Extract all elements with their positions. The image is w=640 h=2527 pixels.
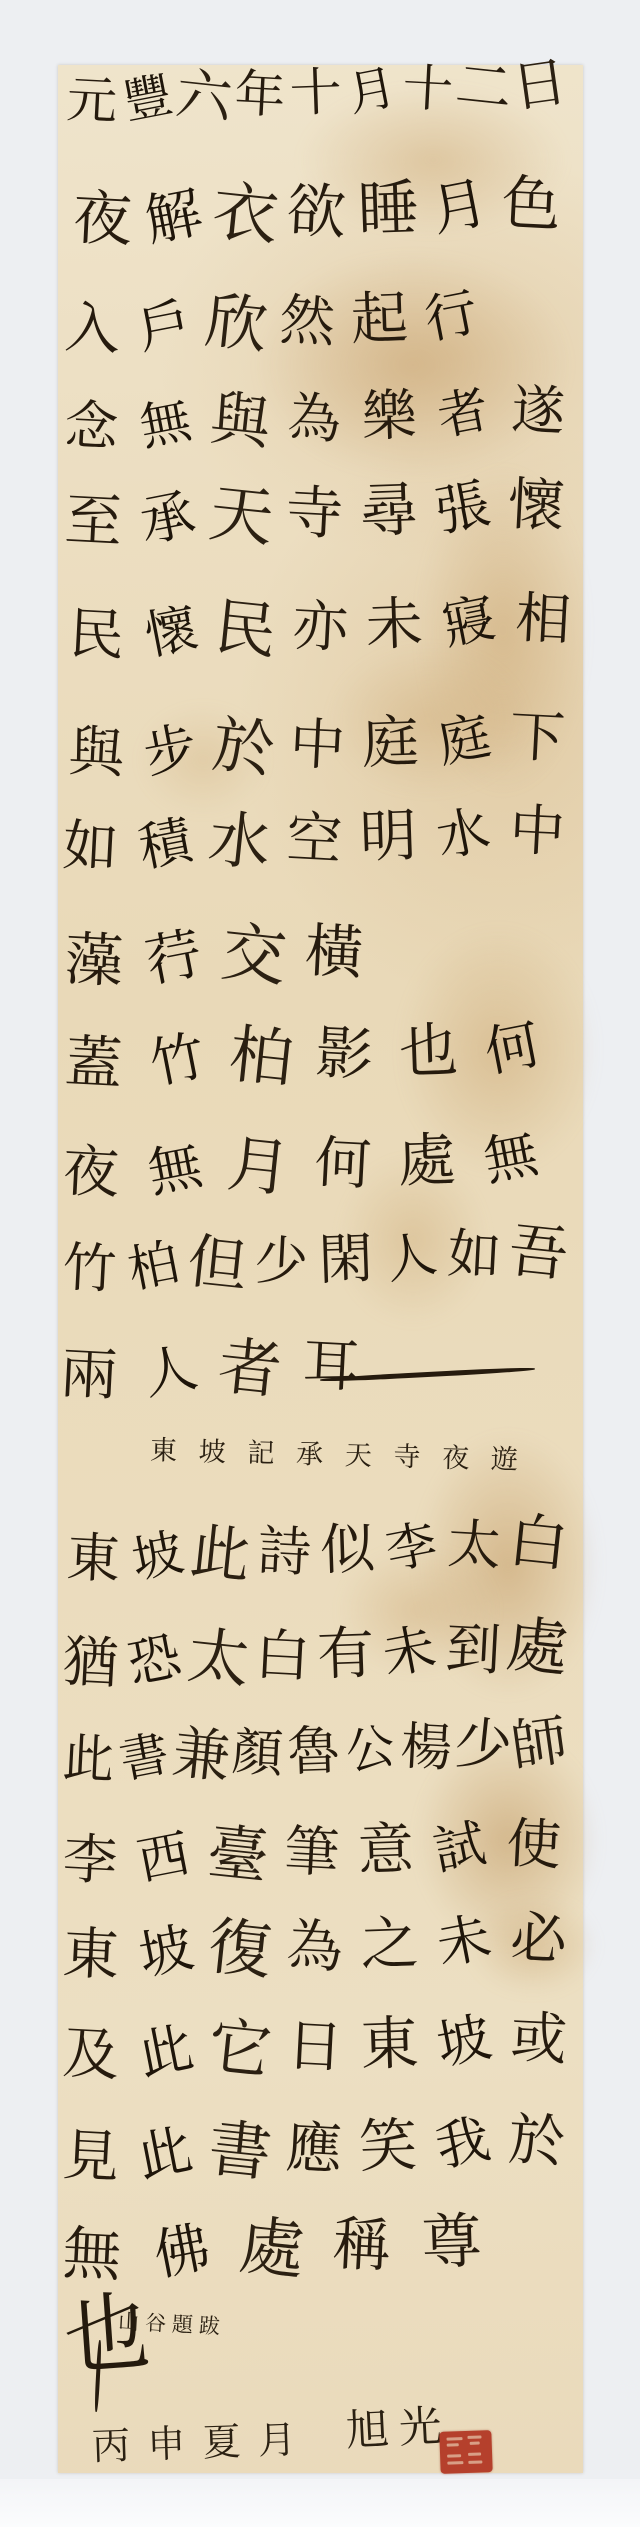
- calligraphy-char: 東: [359, 2014, 419, 2074]
- calligraphy-char: 人: [138, 1340, 201, 1403]
- calligraphy-char: 兩: [59, 1344, 118, 1403]
- calligraphy-char: 何: [480, 1016, 544, 1080]
- calligraphy-char: 欲: [286, 181, 348, 243]
- calligraphy-char: 色: [500, 173, 562, 235]
- calligraphy-char: 復: [206, 1914, 275, 1983]
- calligraphy-char: 荇: [142, 926, 207, 991]
- calligraphy-scroll-photo: { "artwork": { "main_text": { "attributi…: [0, 0, 640, 2527]
- calligraphy-char: 坡: [198, 1438, 226, 1466]
- calligraphy-char: 月: [427, 174, 493, 240]
- calligraphy-char: 似: [319, 1521, 376, 1578]
- calligraphy-char: 亦: [291, 599, 349, 657]
- calligraphy-char: 申: [147, 2424, 186, 2463]
- calligraphy-char: 稱: [331, 2215, 392, 2276]
- calligraphy-char: 試: [430, 1818, 490, 1878]
- calligraphy-char: 東: [61, 1924, 120, 1983]
- calligraphy-char: 筆: [283, 1825, 340, 1882]
- calligraphy-char: 李: [381, 1518, 440, 1577]
- calligraphy-char: 承: [135, 486, 199, 550]
- calligraphy-char: 衣: [209, 178, 281, 250]
- calligraphy-char: 也: [398, 1020, 459, 1081]
- calligraphy-char: 少: [451, 1714, 514, 1777]
- calligraphy-char: 夜: [61, 1142, 120, 1201]
- calligraphy-char: 坡: [433, 2010, 496, 2073]
- date-inscription: 丙申夏月: [91, 2420, 296, 2465]
- calligraphy-char: 楊: [400, 1721, 454, 1775]
- calligraphy-char: 坡: [127, 1527, 186, 1586]
- calligraphy-char: 夜: [442, 1445, 470, 1473]
- calligraphy-char: 交: [218, 920, 289, 991]
- calligraphy-char: 題: [171, 2314, 193, 2336]
- calligraphy-char: 使: [505, 1817, 562, 1874]
- calligraphy-char: 有: [316, 1625, 375, 1684]
- calligraphy-char: 豐: [120, 71, 176, 127]
- calligraphy-char: 懷: [506, 475, 566, 535]
- calligraphy-char: 於: [210, 715, 278, 783]
- calligraphy-char: 相: [514, 591, 572, 649]
- calligraphy-char: 寢: [438, 592, 499, 653]
- calligraphy-char: 書: [205, 2116, 274, 2185]
- calligraphy-char: 無: [136, 394, 195, 453]
- artist-seal-stamp: [439, 2430, 492, 2474]
- calligraphy-char: 元: [65, 75, 118, 128]
- calligraphy-char: 念: [63, 399, 119, 455]
- calligraphy-char: 人: [380, 1228, 439, 1287]
- calligraphy-char: 六: [173, 66, 235, 128]
- calligraphy-char: 何: [313, 1134, 372, 1193]
- calligraphy-char: 二: [453, 57, 515, 119]
- calligraphy-char: 白: [253, 1628, 311, 1686]
- calligraphy-char: 藻: [63, 930, 124, 991]
- calligraphy-char: 李: [61, 1832, 118, 1889]
- calligraphy-char: 下: [508, 709, 566, 767]
- calligraphy-char: 吾: [506, 1220, 571, 1285]
- calligraphy-char: 記: [247, 1440, 275, 1468]
- calligraphy-char: 水: [432, 804, 493, 865]
- calligraphy-char: 但: [185, 1231, 250, 1296]
- calligraphy-char: 詩: [256, 1524, 312, 1580]
- calligraphy-char: 佛: [150, 2219, 215, 2284]
- calligraphy-char: 與: [67, 724, 125, 782]
- calligraphy-char: 到: [444, 1621, 502, 1679]
- main-text-row-13: 兩人者耳: [59, 1336, 361, 1404]
- calligraphy-char: 之: [359, 1914, 419, 1974]
- calligraphy-char: 蓋: [63, 1032, 123, 1092]
- calligraphy-char: 懷: [140, 602, 201, 663]
- artist-signature: 旭光: [345, 2406, 443, 2454]
- calligraphy-char: 遂: [510, 383, 566, 439]
- calligraphy-char: 公: [342, 1721, 399, 1778]
- calligraphy-char: 處: [503, 1614, 571, 1682]
- calligraphy-char: 必: [509, 1909, 568, 1968]
- calligraphy-char: 月: [224, 1132, 293, 1201]
- calligraphy-char: 無: [144, 1138, 207, 1201]
- calligraphy-char: 水: [206, 808, 274, 876]
- calligraphy-char: 書: [116, 1729, 173, 1786]
- calligraphy-char: 魯: [286, 1724, 341, 1779]
- calligraphy-char: 樂: [361, 388, 418, 445]
- calligraphy-char: 丙: [91, 2426, 130, 2465]
- mount-border: [0, 2479, 640, 2527]
- calligraphy-char: 笑: [358, 2116, 418, 2176]
- calligraphy-char: 無: [61, 2224, 122, 2285]
- calligraphy-char: 然: [279, 293, 337, 351]
- calligraphy-char: 我: [431, 2112, 494, 2175]
- calligraphy-char: 日: [509, 55, 571, 117]
- calligraphy-char: 者: [434, 384, 493, 443]
- calligraphy-char: 處: [236, 2213, 307, 2284]
- calligraphy-char: 寺: [393, 1444, 421, 1472]
- calligraphy-char: 庭: [433, 710, 494, 771]
- calligraphy-char: 於: [507, 2111, 566, 2170]
- calligraphy-char: 為: [285, 1917, 344, 1976]
- calligraphy-char: 未: [365, 596, 424, 655]
- calligraphy-char: 光: [398, 2406, 443, 2451]
- calligraphy-char: 谷: [144, 2313, 166, 2335]
- calligraphy-char: 庭: [361, 714, 420, 773]
- calligraphy-char: 明: [359, 808, 418, 867]
- calligraphy-char: 西: [134, 1828, 194, 1888]
- calligraphy-char: 東: [65, 1531, 121, 1587]
- calligraphy-char: 閑: [317, 1231, 374, 1288]
- calligraphy-char: 此: [134, 2122, 197, 2185]
- calligraphy-char: 遊: [491, 1446, 519, 1474]
- calligraphy-char: 柏: [124, 1237, 183, 1296]
- colophon-attribution: 山谷題跋: [118, 2311, 221, 2337]
- calligraphy-char: 如: [61, 818, 119, 876]
- calligraphy-char: 夏: [202, 2422, 241, 2461]
- calligraphy-char: 少: [254, 1234, 310, 1290]
- calligraphy-char: 太: [184, 1625, 252, 1693]
- calligraphy-char: 應: [284, 2119, 343, 2178]
- calligraphy-char: 它: [206, 2014, 275, 2083]
- calligraphy-char: 日: [285, 2017, 344, 2076]
- calligraphy-char: 步: [139, 720, 200, 781]
- calligraphy-char: 寺: [285, 483, 345, 543]
- calligraphy-char: 睡: [357, 178, 420, 241]
- calligraphy-char: 天: [206, 480, 276, 550]
- calligraphy-char: 見: [61, 2126, 120, 2185]
- calligraphy-char: 起: [350, 290, 409, 349]
- calligraphy-char: 中: [508, 803, 566, 861]
- calligraphy-char: 兼: [170, 1724, 233, 1787]
- calligraphy-char: 旭: [345, 2408, 390, 2453]
- calligraphy-char: 耳: [301, 1336, 360, 1395]
- calligraphy-char: 解: [141, 184, 207, 250]
- calligraphy-char: 為: [287, 391, 343, 447]
- calligraphy-char: 恐: [124, 1631, 185, 1692]
- calligraphy-char: 積: [134, 814, 195, 875]
- calligraphy-char: 張: [431, 476, 495, 540]
- calligraphy-char: 此: [134, 2020, 197, 2083]
- main-text-row-9: 藻荇交橫: [63, 922, 365, 992]
- calligraphy-char: 坡: [134, 1920, 197, 1983]
- calligraphy-char: 猶: [61, 1634, 119, 1692]
- calligraphy-char: 者: [216, 1334, 285, 1403]
- calligraphy-char: 竹: [145, 1028, 209, 1092]
- calligraphy-char: 未: [433, 1910, 496, 1973]
- calligraphy-char: 至: [63, 490, 123, 550]
- calligraphy-char: 未: [379, 1622, 440, 1683]
- calligraphy-char: 顏: [230, 1727, 284, 1781]
- calligraphy-char: 承: [296, 1441, 324, 1469]
- calligraphy-char: 戶: [133, 296, 194, 357]
- calligraphy-char: 影: [315, 1024, 375, 1084]
- calligraphy-char: 意: [357, 1822, 415, 1880]
- calligraphy-char: 東: [150, 1437, 178, 1465]
- calligraphy-char: 十: [401, 63, 454, 116]
- calligraphy-char: 尊: [421, 2211, 483, 2273]
- calligraphy-char: 柏: [226, 1022, 296, 1092]
- calligraphy-char: 如: [446, 1227, 502, 1283]
- calligraphy-char: 月: [257, 2420, 296, 2459]
- calligraphy-char: 行: [421, 286, 482, 347]
- calligraphy-char: 民: [67, 606, 125, 664]
- calligraphy-char: 無: [479, 1126, 542, 1189]
- calligraphy-char: 處: [397, 1130, 457, 1190]
- calligraphy-char: 此: [61, 1733, 115, 1787]
- calligraphy-char: 年: [233, 69, 286, 122]
- calligraphy-char: 白: [506, 1510, 571, 1575]
- calligraphy-char: 臺: [205, 1823, 271, 1889]
- calligraphy-char: 竹: [61, 1241, 117, 1297]
- calligraphy-char: 此: [188, 1521, 253, 1586]
- calligraphy-char: 山: [118, 2311, 140, 2333]
- calligraphy-char: 民: [212, 596, 280, 664]
- calligraphy-char: 及: [61, 2024, 120, 2083]
- calligraphy-char: 天: [344, 1442, 372, 1470]
- calligraphy-char: 欣: [202, 291, 270, 359]
- calligraphy-char: 尋: [358, 480, 419, 541]
- calligraphy-char: 中: [288, 717, 346, 775]
- calligraphy-char: 入: [63, 300, 121, 358]
- calligraphy-char: 或: [509, 2009, 568, 2068]
- calligraphy-char: 與: [208, 389, 273, 454]
- calligraphy-char: 月: [344, 63, 400, 119]
- calligraphy-char: 師: [508, 1712, 571, 1775]
- calligraphy-char: 空: [285, 811, 343, 869]
- calligraphy-char: 太: [447, 1517, 503, 1573]
- calligraphy-char: 橫: [303, 922, 364, 983]
- calligraphy-char: 十: [289, 66, 343, 120]
- calligraphy-char: 跋: [198, 2316, 220, 2338]
- calligraphy-char: 夜: [71, 188, 133, 250]
- colophon-final-char: 也: [61, 2289, 153, 2381]
